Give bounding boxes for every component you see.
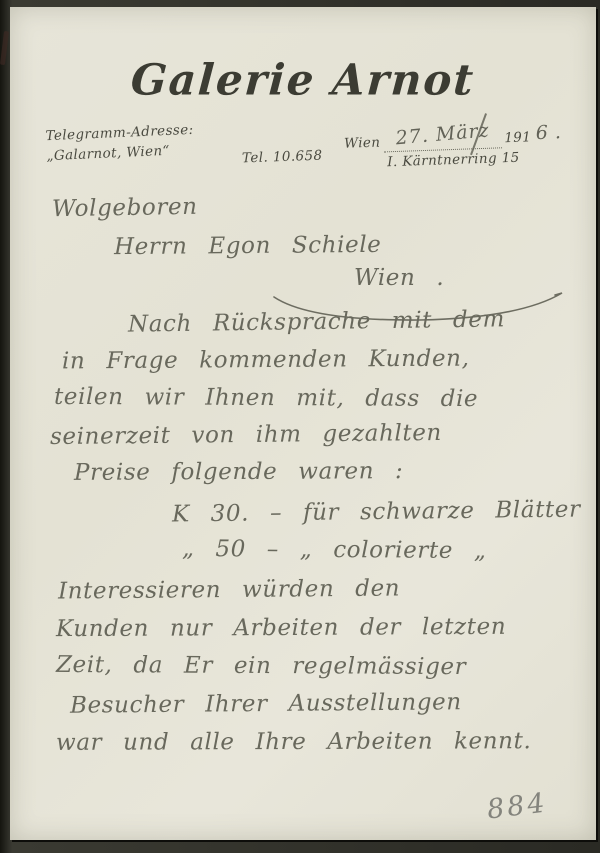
body-line: Besucher Ihrer Ausstellungen xyxy=(70,689,462,718)
year-printed: 191 xyxy=(504,129,532,146)
body-line: in Frage kommenden Kunden, xyxy=(62,346,470,375)
body-line: Preise folgende waren : xyxy=(74,458,403,486)
body-line: „ 50 – „ colorierte „ xyxy=(182,536,487,564)
body-line: seinerzeit von ihm gezahlten xyxy=(50,420,442,450)
recipient-city: Wien . xyxy=(354,265,444,291)
archive-number-pencil: 884 xyxy=(486,787,550,825)
letterhead-brand: Galerie Arnot xyxy=(8,55,597,105)
phone-number: Tel. 10.658 xyxy=(242,148,323,167)
year-handwritten: 6 . xyxy=(535,121,561,144)
city-printed: Wien xyxy=(344,135,381,152)
date-block: Wien27. März191 6 . I. Kärntnerring 15 xyxy=(327,123,578,173)
body-line: K 30. – für schwarze Blätter xyxy=(172,497,581,528)
recipient-name: Herrn Egon Schiele xyxy=(114,232,382,260)
date-dotted-line: 27. März xyxy=(383,125,502,152)
body-line: Kunden nur Arbeiten der letzten xyxy=(56,614,506,642)
letter-page: Galerie Arnot Telegramm-Adresse: „Galarn… xyxy=(10,7,596,840)
date-handwritten: 27. März xyxy=(394,119,490,149)
telegram-address-block: Telegramm-Adresse: „Galarnot, Wien“ xyxy=(45,120,195,166)
body-line: Zeit, da Er ein regelmässiger xyxy=(56,652,466,680)
body-line: teilen wir Ihnen mit, dass die xyxy=(54,384,478,412)
body-line: war und alle Ihre Arbeiten kennt. xyxy=(56,728,531,756)
salutation-honorific: Wolgeboren xyxy=(52,194,198,223)
body-line: Interessieren würden den xyxy=(58,576,400,605)
body-line: Nach Rücksprache mit dem xyxy=(128,306,505,337)
